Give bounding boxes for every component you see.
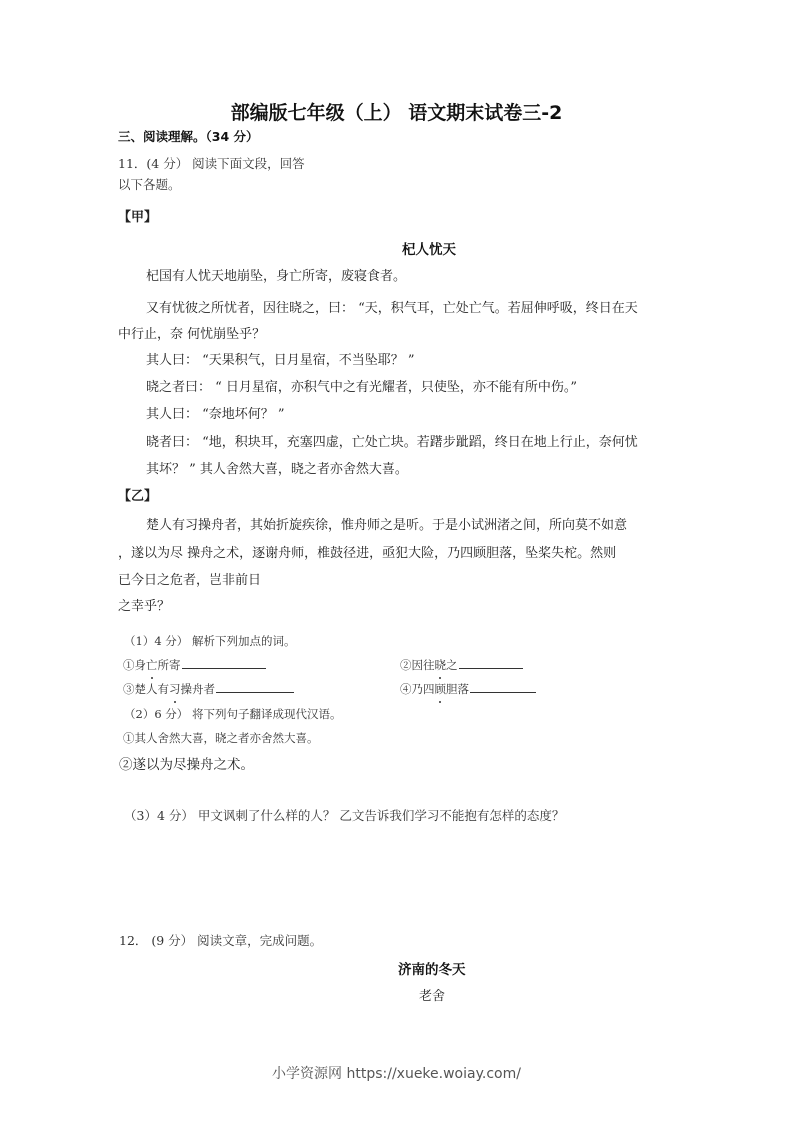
- sub2-header: （2）6 分） 将下列句子翻译成现代汉语。: [124, 706, 341, 722]
- jia-paragraph: 其人曰： “天果积气，日月星宿，不当坠耶？ ”: [146, 349, 415, 368]
- yi-paragraph: ，遂以为尽 操舟之术，逐谢舟师，椎鼓径进，亟犯大险，乃四顾胆落，坠桨失柁。然则: [118, 542, 616, 561]
- yi-paragraph: 楚人有习操舟者，其始折旋疾徐，惟舟师之是听。于是小试洲渚之间，所向莫不如意: [146, 514, 627, 533]
- q12-header: 12． (9 分） 阅读文章，完成问题。: [119, 931, 322, 949]
- jia-paragraph: 其人曰： “奈地坏何？ ”: [146, 403, 285, 422]
- answer-blank[interactable]: [216, 680, 294, 693]
- jia-label: 【甲】: [118, 206, 157, 225]
- answer-blank[interactable]: [470, 680, 536, 693]
- emphasized-char: 亡: [146, 657, 158, 673]
- section-heading: 三、阅读理解。（34 分）: [118, 127, 259, 145]
- sub1-item-4: ④乃四顾胆落: [400, 680, 536, 697]
- item-text: 之: [446, 658, 458, 672]
- emphasized-char: 晓: [435, 657, 447, 673]
- document-title: 部编版七年级（上） 语文期末试卷三-2: [0, 98, 793, 125]
- yi-paragraph: 已今日之危者，岂非前日: [118, 569, 261, 588]
- q12-passage-title: 济南的冬天: [398, 958, 466, 978]
- jia-paragraph: 晓之者曰： “ 日月星宿，亦积气中之有光耀者，只使坠，亦不能有所中伤。”: [146, 376, 577, 395]
- q12-author: 老舍: [419, 985, 445, 1004]
- sub2-item-1: ①其人舍然大喜，晓之者亦舍然大喜。: [123, 730, 319, 746]
- item-text: ②因往: [400, 658, 435, 672]
- emphasized-char: 习: [169, 681, 181, 697]
- jia-paragraph: 又有忧彼之所忧者，因往晓之，曰： “天，积气耳，亡处亡气。若屈伸呼吸，终日在天: [146, 297, 638, 316]
- sub2-item-2: ②遂以为尽操舟之术。: [119, 753, 254, 773]
- item-text: 胆落: [446, 682, 469, 696]
- answer-blank[interactable]: [182, 656, 266, 669]
- yi-paragraph: 之幸乎？: [118, 595, 170, 614]
- item-text: 操舟者: [181, 682, 216, 696]
- sub1-item-2: ②因往晓之: [400, 656, 523, 673]
- item-text: ①身: [123, 658, 146, 672]
- sub1-header: （1）4 分） 解析下列加点的词。: [124, 633, 295, 649]
- q11-header-line2: 以下各题。: [118, 175, 181, 193]
- yi-label: 【乙】: [118, 485, 157, 504]
- answer-blank[interactable]: [459, 656, 523, 669]
- jia-paragraph: 杞国有人忧天地崩坠，身亡所寄，废寝食者。: [146, 265, 406, 284]
- jia-paragraph: 中行止，奈 何忧崩坠乎？: [118, 323, 265, 342]
- sub3-header: （3）4 分） 甲文讽刺了什么样的人？ 乙文告诉我们学习不能抱有怎样的态度？: [124, 806, 564, 824]
- emphasized-char: 顾: [435, 681, 447, 697]
- jia-passage-title: 杞人忧天: [402, 238, 456, 258]
- jia-paragraph: 其坏？ ” 其人舍然大喜，晓之者亦舍然大喜。: [146, 458, 408, 477]
- item-text: ④乃四: [400, 682, 435, 696]
- jia-paragraph: 晓者曰： “地，积块耳，充塞四虚，亡处亡块。若躇步跐蹈，终日在地上行止，奈何忧: [146, 431, 638, 450]
- item-text: ③楚人有: [123, 682, 169, 696]
- q11-header-line1: 11．(4 分） 阅读下面文段，回答: [118, 154, 305, 172]
- sub1-item-3: ③楚人有习操舟者: [123, 680, 294, 697]
- footer-watermark: 小学资源网 https://xueke.woiay.com/: [0, 1063, 793, 1083]
- item-text: 所寄: [158, 658, 181, 672]
- sub1-item-1: ①身亡所寄: [123, 656, 266, 673]
